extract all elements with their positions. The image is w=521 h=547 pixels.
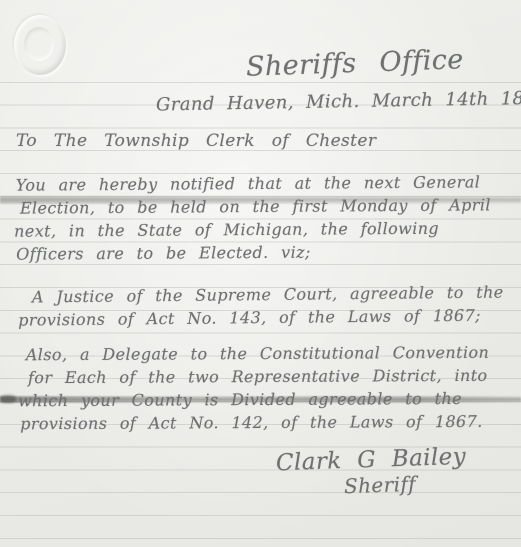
body-line: which your County is Divided agreeable t… — [18, 387, 489, 412]
letter-page: Sheriffs Office Grand Haven, Mich. March… — [0, 0, 521, 547]
salutation: To The Township Clerk of Chester — [16, 131, 376, 151]
embossed-seal-inner — [24, 27, 54, 61]
body-line: Also, a Delegate to the Constitutional C… — [26, 341, 489, 366]
signature-name: Clark G Bailey — [276, 444, 467, 477]
embossed-seal-icon — [14, 15, 66, 75]
dateline: Grand Haven, Mich. March 14th 1867. — [156, 88, 521, 116]
body-line: for Each of the two Representative Distr… — [28, 364, 489, 389]
body-paragraph-2: A Justice of the Supreme Court, agreeabl… — [32, 281, 504, 332]
page-title: Sheriffs Office — [246, 44, 465, 83]
body-line: Officers are to be Elected. viz; — [16, 239, 491, 265]
body-paragraph-1: You are hereby notified that at the next… — [16, 170, 492, 265]
body-line: provisions of Act No. 143, of the Laws o… — [18, 304, 504, 332]
body-line: You are hereby notified that at the next… — [16, 170, 491, 196]
body-line: provisions of Act No. 142, of the Laws o… — [20, 410, 489, 435]
body-line: next, in the State of Michigan, the foll… — [14, 216, 491, 242]
signature-title: Sheriff — [344, 472, 417, 498]
body-paragraph-3: Also, a Delegate to the Constitutional C… — [26, 341, 490, 435]
body-line: Election, to be held on the first Monday… — [20, 193, 491, 219]
